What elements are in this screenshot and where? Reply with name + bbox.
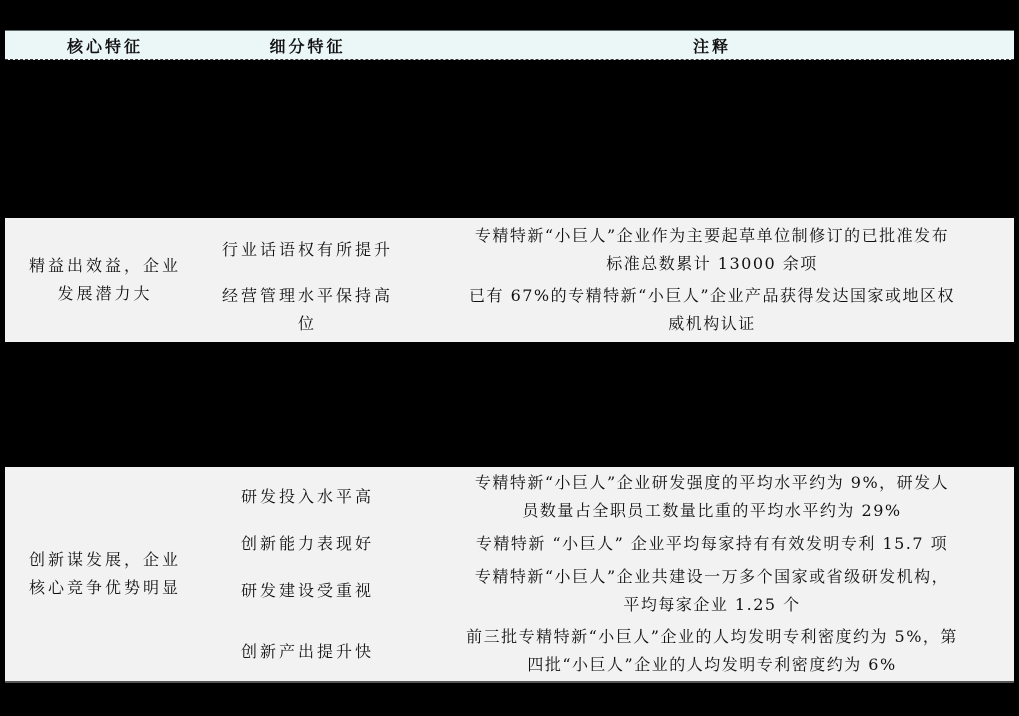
header-core-feature: 核心特征	[5, 34, 205, 57]
sub-feature: 研发投入水平高	[205, 483, 410, 511]
note: 前三批专精特新“小巨人”企业的人均发明专利密度约为 5%，第 四批“小巨人”企业…	[410, 623, 1014, 679]
note-line: 四批“小巨人”企业的人均发明专利密度约为 6%	[422, 651, 1002, 679]
note: 专精特新 “小巨人” 企业平均每家持有有效发明专利 15.7 项	[410, 530, 1014, 558]
note-line: 专精特新 “小巨人” 企业平均每家持有有效发明专利 15.7 项	[422, 530, 1002, 558]
note-line: 标准总数累计 13000 余项	[422, 250, 1002, 278]
sub-feature: 行业话语权有所提升	[205, 236, 410, 264]
sub-feature-column: 行业话语权有所提升 经营管理水平保持高 位	[205, 218, 410, 342]
note: 专精特新“小巨人”企业共建设一万多个国家或省级研发机构， 平均每家企业 1.25…	[410, 563, 1014, 619]
table-header: 核心特征 细分特征 注释	[5, 30, 1014, 60]
note-line: 专精特新“小巨人”企业研发强度的平均水平约为 9%，研发人	[422, 469, 1002, 497]
sub-feature: 创新产出提升快	[205, 638, 410, 666]
note-line: 前三批专精特新“小巨人”企业的人均发明专利密度约为 5%，第	[422, 623, 1002, 651]
note-line: 专精特新“小巨人”企业作为主要起草单位制修订的已批准发布	[422, 222, 1002, 250]
core-feature-line: 发展潜力大	[29, 280, 181, 308]
sub-feature: 创新能力表现好	[205, 530, 410, 558]
sub-feature: 研发建设受重视	[205, 577, 410, 605]
core-feature-cell: 创新谋发展，企业 核心竞争优势明显	[5, 467, 205, 681]
note: 已有 67%的专精特新“小巨人”企业产品获得发达国家或地区权 威机构认证	[410, 282, 1014, 338]
core-feature-line: 精益出效益，企业	[29, 252, 181, 280]
core-feature-line: 创新谋发展，企业	[29, 546, 181, 574]
sub-feature-column: 研发投入水平高 创新能力表现好 研发建设受重视 创新产出提升快	[205, 467, 410, 681]
note-line: 威机构认证	[422, 310, 1002, 338]
note-line: 平均每家企业 1.25 个	[422, 591, 1002, 619]
table-group-innovation: 创新谋发展，企业 核心竞争优势明显 研发投入水平高 创新能力表现好 研发建设受重…	[5, 467, 1014, 683]
note-column: 专精特新“小巨人”企业作为主要起草单位制修订的已批准发布 标准总数累计 1300…	[410, 218, 1014, 342]
note-line: 员数量占全职员工数量比重的平均水平约为 29%	[422, 497, 1002, 525]
table-group-lean: 精益出效益，企业 发展潜力大 行业话语权有所提升 经营管理水平保持高 位 专精特…	[5, 218, 1014, 342]
note-line: 已有 67%的专精特新“小巨人”企业产品获得发达国家或地区权	[422, 282, 1002, 310]
note: 专精特新“小巨人”企业研发强度的平均水平约为 9%，研发人 员数量占全职员工数量…	[410, 469, 1014, 525]
sub-feature: 经营管理水平保持高 位	[205, 282, 410, 338]
note-line: 专精特新“小巨人”企业共建设一万多个国家或省级研发机构，	[422, 563, 1002, 591]
core-feature-cell: 精益出效益，企业 发展潜力大	[5, 218, 205, 342]
note-column: 专精特新“小巨人”企业研发强度的平均水平约为 9%，研发人 员数量占全职员工数量…	[410, 467, 1014, 681]
header-note: 注释	[410, 34, 1014, 57]
sub-feature-line: 位	[205, 310, 410, 338]
header-sub-feature: 细分特征	[205, 34, 410, 57]
core-feature-line: 核心竞争优势明显	[29, 574, 181, 602]
sub-feature-line: 经营管理水平保持高	[205, 282, 410, 310]
note: 专精特新“小巨人”企业作为主要起草单位制修订的已批准发布 标准总数累计 1300…	[410, 222, 1014, 278]
